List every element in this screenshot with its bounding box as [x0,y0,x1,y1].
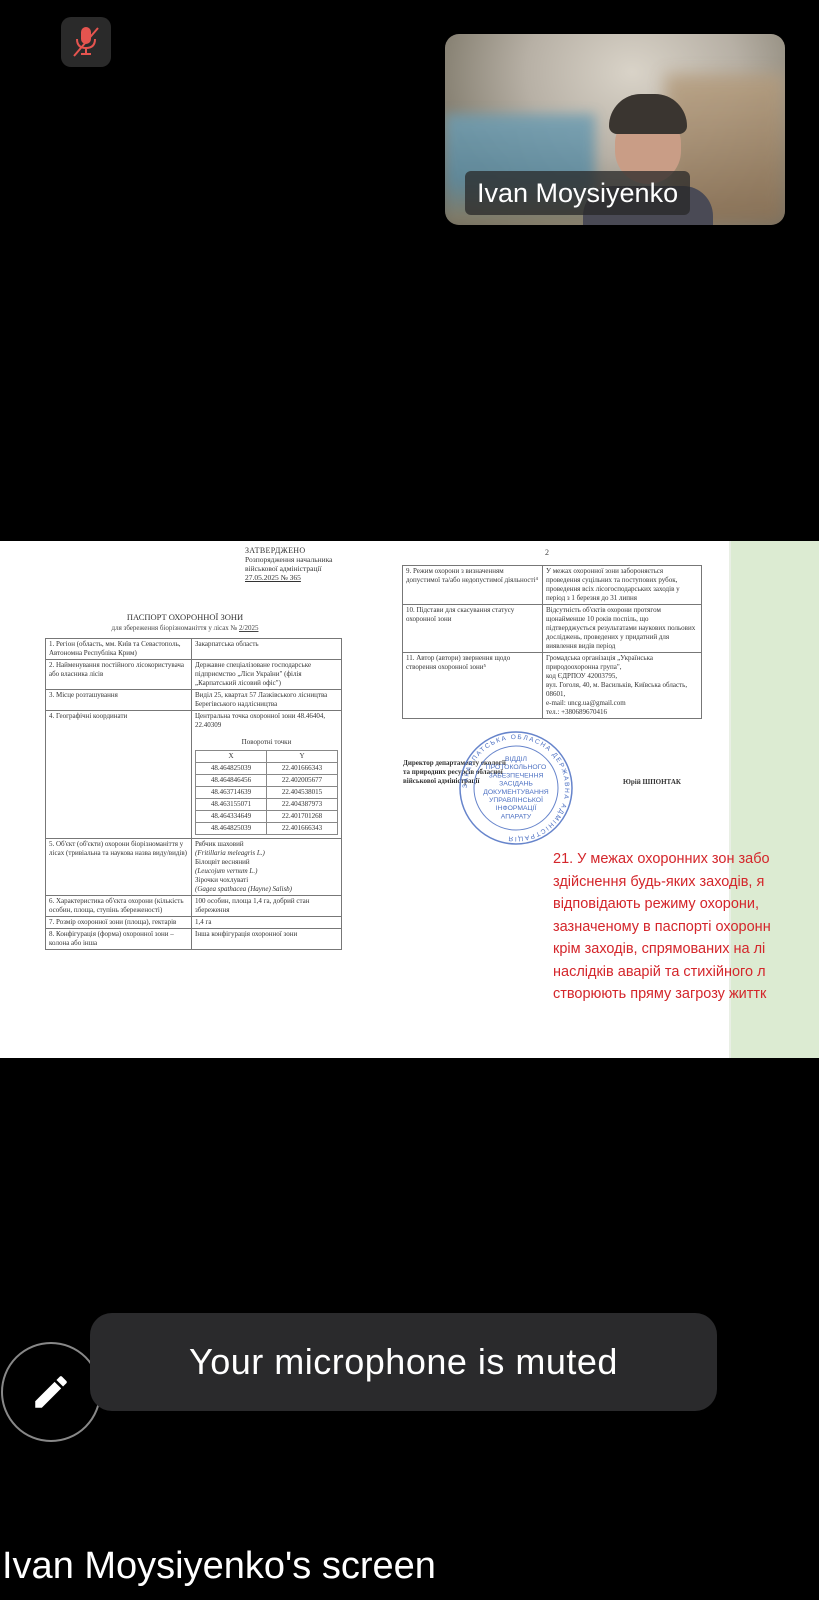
shared-screen[interactable]: ЗАТВЕРДЖЕНО Розпорядження начальника вій… [0,541,819,1058]
coordinate-cell: 48.464334649 [196,811,267,823]
approval-title: ЗАТВЕРДЖЕНО [245,546,333,555]
table-row: 48.46482503922.401666343 [196,763,338,775]
coordinate-cell: 48.464825039 [196,763,267,775]
document-page-1: ЗАТВЕРДЖЕНО Розпорядження начальника вій… [0,541,370,1058]
coordinate-cell: 22.401666343 [267,823,338,835]
microphone-muted-button[interactable] [61,17,111,67]
value-line: Громадська організація „Українська приро… [546,654,698,672]
row-label: 10. Підстави для скасування статусу охор… [403,605,543,653]
table-row: 48.46482503922.401666343 [196,823,338,835]
table-header-row: XY [196,751,338,763]
coordinate-cell: 22.402005677 [267,775,338,787]
svg-text:ДОКУМЕНТУВАННЯ: ДОКУМЕНТУВАННЯ [483,789,548,796]
svg-text:ВІДДІЛ: ВІДДІЛ [505,756,527,763]
annotation-line: наслідків аварій та стихійного л [553,961,819,984]
species-common-name: Рябчик шаховий [195,840,338,849]
signature-name: Юрій ШПОНТАК [623,778,681,786]
value-line: код ЄДРПОУ 42003795, [546,672,698,681]
annotation-line: створюють пряму загрозу життк [553,983,819,1006]
document-subtitle: для збереження біорізноманіття у лісах №… [0,624,370,632]
annotation-line: крім заходів, спрямованих на лі [553,938,819,961]
row-label: 2. Найменування постійного лісокористува… [46,660,192,690]
row-label: 11. Автор (автори) звернення щодо створе… [403,653,543,719]
svg-text:ЗАБЕЗПЕЧЕННЯ: ЗАБЕЗПЕЧЕННЯ [489,772,544,779]
row-label: 5. Об'єкт (об'єкти) охорони біорізномані… [46,839,192,896]
row-label: 6. Характеристика об'єкта охорони (кільк… [46,896,192,917]
table-row: 8. Конфігурація (форма) охоронної зони –… [46,929,342,950]
coordinate-cell: 48.464825039 [196,823,267,835]
row-value: Закарпатська область [192,639,342,660]
participant-name-label: Ivan Moysiyenko [465,171,690,215]
row-value: 100 особин, площа 1,4 га, добрий стан зб… [192,896,342,917]
value-line: e-mail: uncg.ua@gmail.com [546,699,698,708]
table-row: 10. Підстави для скасування статусу охор… [403,605,702,653]
approval-line: військової адміністрації [245,564,333,573]
annotation-line: здійснення будь-яких заходів, я [553,871,819,894]
table-row: 3. Місце розташуванняВиділ 25, квартал 5… [46,690,342,711]
value-line: вул. Гоголя, 40, м. Васильків, Київська … [546,681,698,699]
participant-video-tile[interactable]: Ivan Moysiyenko [445,34,785,225]
pencil-icon [30,1371,72,1413]
central-point: Центральна точка охоронної зони 48.46404… [195,712,338,730]
row-label: 3. Місце розташування [46,690,192,711]
coordinate-cell: 22.401701268 [267,811,338,823]
table-row: 4. Географічні координатиЦентральна точк… [46,711,342,839]
coordinate-cell: 22.404538015 [267,787,338,799]
microphone-off-icon [71,25,101,59]
table-row: 9. Режим охорони з визначенням допустимо… [403,566,702,605]
svg-text:ІНФОРМАЦІЇ: ІНФОРМАЦІЇ [496,804,537,812]
approval-line: Розпорядження начальника [245,555,333,564]
microphone-muted-toast: Your microphone is muted [90,1313,717,1411]
coordinate-cell: 48.464846456 [196,775,267,787]
coordinate-cell: 22.404387973 [267,799,338,811]
row-label: 8. Конфігурація (форма) охоронної зони –… [46,929,192,950]
table-row: 7. Розмір охоронної зони (площа), гектар… [46,917,342,929]
annotate-button[interactable] [1,1342,101,1442]
row-value: Рябчик шаховий(Fritillaria meleagris L.)… [192,839,342,896]
table-row: 11. Автор (автори) звернення щодо створе… [403,653,702,719]
row-value: 1,4 га [192,917,342,929]
approval-date: 27.05.2025 № 365 [245,573,333,582]
species-common-name: Білоцвіт весняний [195,858,338,867]
turning-points-caption: Поворотні точки [195,738,338,747]
species-latin-name: (Leucojum vernum L.) [195,867,338,876]
table-row: 2. Найменування постійного лісокористува… [46,660,342,690]
row-label: 7. Розмір охоронної зони (площа), гектар… [46,917,192,929]
annotation-text: 21. У межах охоронних зон забоздійснення… [553,848,819,1006]
table-row: 48.46371463922.404538015 [196,787,338,799]
table-row: 5. Об'єкт (об'єкти) охорони біорізномані… [46,839,342,896]
table-row: 48.46433464922.401701268 [196,811,338,823]
coordinate-cell: 48.463714639 [196,787,267,799]
table-row: 48.46315507122.404387973 [196,799,338,811]
coordinate-cell: 48.463155071 [196,799,267,811]
table-row: 6. Характеристика об'єкта охорони (кільк… [46,896,342,917]
svg-text:ПРОТОКОЛЬНОГО: ПРОТОКОЛЬНОГО [486,764,547,771]
coordinate-cell: 22.401666343 [267,763,338,775]
row-value: Відсутність об'єктів охорони протягом що… [543,605,702,653]
row-label: 4. Географічні координати [46,711,192,839]
official-stamp: ЗАКАРПАТСЬКА ОБЛАСНА ДЕРЖАВНА АДМІНІСТРА… [457,729,575,847]
species-latin-name: (Gagea spathacea (Hayne) Salisb) [195,885,338,894]
row-label: 1. Регіон (область, мм. Київ та Севастоп… [46,639,192,660]
value-line: тел.: +380689670416 [546,708,698,717]
column-header: Y [267,751,338,763]
screen-share-label: Ivan Moysiyenko's screen [2,1545,436,1588]
table-row: 1. Регіон (область, мм. Київ та Севастоп… [46,639,342,660]
row-value: Центральна точка охоронної зони 48.46404… [192,711,342,839]
column-header: X [196,751,267,763]
row-value: У межах охоронної зони забороняється про… [543,566,702,605]
svg-text:ЗАСІДАНЬ: ЗАСІДАНЬ [499,781,533,788]
svg-text:УПРАВЛІНСЬКОЇ: УПРАВЛІНСЬКОЇ [489,796,543,804]
annotation-line: зазначеному в паспорті охоронн [553,916,819,939]
row-value: Державне спеціалізоване господарське під… [192,660,342,690]
passport-table: 1. Регіон (область, мм. Київ та Севастоп… [45,638,342,950]
species-common-name: Зірочки чохлуваті [195,876,338,885]
svg-text:АПАРАТУ: АПАРАТУ [501,813,532,820]
species-latin-name: (Fritillaria meleagris L.) [195,849,338,858]
page-number: 2 [545,548,549,557]
row-label: 9. Режим охорони з визначенням допустимо… [403,566,543,605]
row-value: Інша конфігурація охоронної зони [192,929,342,950]
passport-table-continued: 9. Режим охорони з визначенням допустимо… [402,565,702,719]
annotation-line: 21. У межах охоронних зон забо [553,848,819,871]
document-title: ПАСПОРТ ОХОРОННОЇ ЗОНИ [0,612,370,622]
annotation-line: відповідають режиму охорони, [553,893,819,916]
turning-points-table: XY48.46482503922.40166634348.46484645622… [195,750,338,835]
table-row: 48.46484645622.402005677 [196,775,338,787]
row-value: Виділ 25, квартал 57 Лазківського лісниц… [192,690,342,711]
approval-block: ЗАТВЕРДЖЕНО Розпорядження начальника вій… [245,546,333,582]
row-value: Громадська організація „Українська приро… [543,653,702,719]
